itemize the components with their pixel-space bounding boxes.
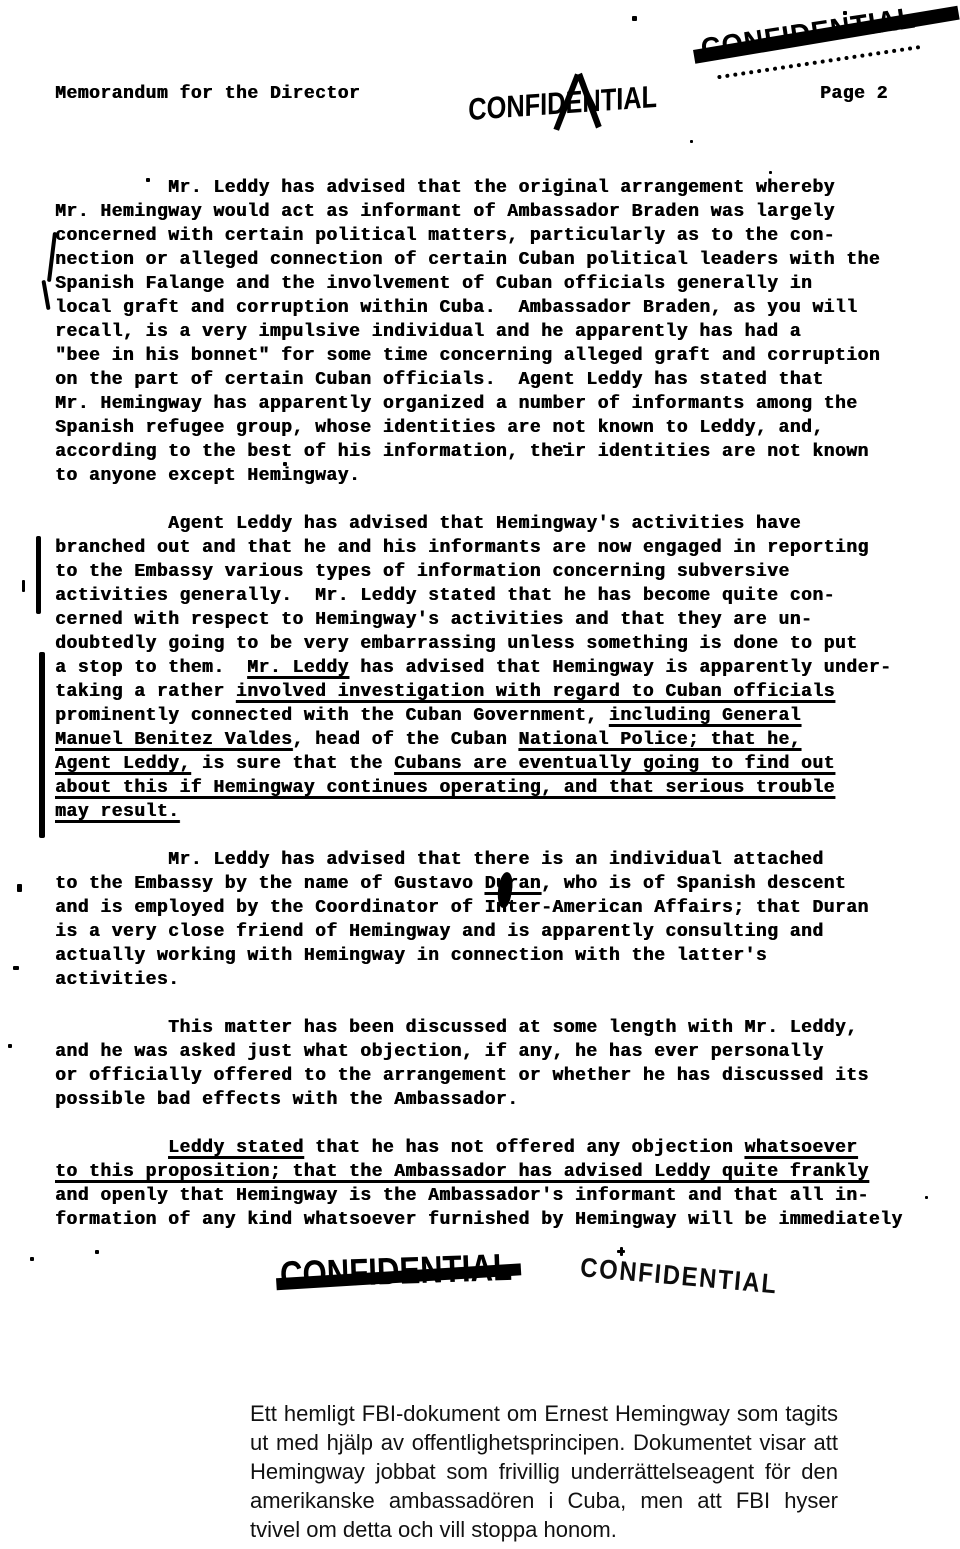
- speck: [620, 1247, 623, 1256]
- speck: [17, 884, 22, 892]
- speck: [95, 1250, 99, 1254]
- speck: [690, 140, 693, 143]
- paragraph: Mr. Leddy has advised that the original …: [55, 176, 945, 488]
- confidential-stamp-text: CONFIDENTIAL: [579, 1252, 779, 1300]
- speck: [563, 445, 566, 448]
- speck: [22, 580, 25, 592]
- fbi-memo-scan: Memorandum for the Director Page 2 CONFI…: [0, 0, 960, 1375]
- speck: [352, 1262, 355, 1265]
- scanned-document-page: Memorandum for the Director Page 2 CONFI…: [0, 0, 960, 1549]
- speck: [632, 16, 637, 21]
- memo-header-line: Memorandum for the Director: [55, 84, 360, 104]
- document-body: Mr. Leddy has advised that the original …: [55, 176, 945, 1256]
- paragraph: Leddy stated that he has not offered any…: [55, 1136, 945, 1232]
- margin-mark: [36, 536, 41, 614]
- margin-mark: [39, 652, 45, 838]
- speck: [925, 1196, 928, 1199]
- confidential-stamp-top-right: CONFIDENTIAL: [699, 0, 937, 67]
- speck: [8, 1044, 12, 1048]
- paragraph: Mr. Leddy has advised that there is an i…: [55, 848, 945, 992]
- paragraph: Agent Leddy has advised that Hemingway's…: [55, 512, 945, 824]
- margin-mark: [41, 280, 50, 310]
- page-number-label: Page 2: [820, 84, 888, 104]
- confidential-stamp-bottom-right: CONFIDENTIAL: [579, 1252, 806, 1302]
- speck: [283, 462, 287, 466]
- speck: [30, 1257, 34, 1261]
- photo-caption: Ett hemligt FBI-dokument om Ernest Hemin…: [250, 1399, 838, 1544]
- speck: [146, 178, 150, 182]
- speck: [769, 171, 772, 174]
- paragraph: This matter has been discussed at some l…: [55, 1016, 945, 1112]
- speck: [13, 966, 19, 970]
- confidential-stamp-header: CONFIDENTIAL: [468, 76, 698, 128]
- speck: [843, 11, 847, 15]
